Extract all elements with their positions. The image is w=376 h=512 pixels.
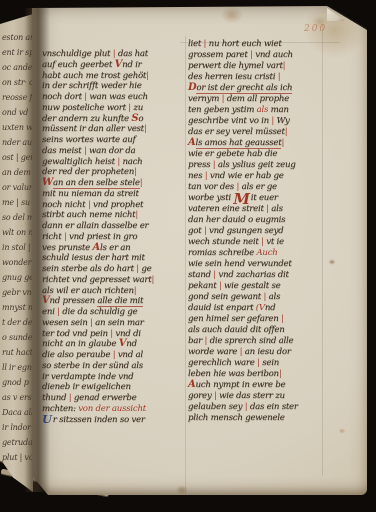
manuscript-line: mchten: von der aussicht [42,401,188,412]
previous-page-fragment: getruda d [2,435,33,450]
previous-page-fragment: oc ander [2,60,33,75]
previous-page-text: eston an hent ir sprioc anderon str· dar… [2,30,33,465]
manuscript-line: ves prunste Als er an [42,240,188,251]
manuscript-line: plich mensch gewenele [188,409,364,420]
manuscript-line: müssent ir dan aller vest| [42,121,188,132]
manuscript-line: nicht an in glaube Vnd [42,336,188,347]
manuscript-line: schuld iesus der hart mit [42,250,188,261]
manuscript-line: ten geben ystim als man [188,101,364,112]
manuscript-line: richt | vnd priest in gro [42,229,188,240]
manuscript-line: got | vnd gsungen seyd [188,222,364,233]
manuscript-line: nes | vnd wie er hab ge [188,167,364,178]
previous-page-fragment: so del ml [2,210,33,225]
manuscript-line: richtet vnd gepresset wart| [42,272,188,283]
previous-page-fragment: ir lndor [2,420,33,435]
photo-background: { "page": { "folio_number": "200", "desc… [0,0,376,512]
manuscript-line: Wan an den selbe stele| [42,175,188,186]
rubric-text: | [283,61,286,71]
folio-number: 200 [304,24,327,34]
manuscript-line: seins wortes warte auf [42,132,188,143]
manuscript-line: wie sein hend verwundet [188,255,364,266]
manuscript-line: worde ware | an iesu dor [188,343,364,354]
previous-page-fragment: rut hact || [2,345,33,360]
manuscript-line: tan vor des | als er ge [188,178,364,189]
manuscript-line: Auch nympt in ewre be [188,376,364,387]
rubric-text: | [140,178,143,188]
previous-page-fragment: ost | gemb [2,150,33,165]
manuscript-line: pekant | wie gestalt se [188,277,364,288]
manuscript-line: press | als yslius geit zeug [188,156,364,167]
text-column-left: vnschuldige plut | das hatauf euch geerb… [42,46,188,422]
manuscript-line: vateren eine streit | als [188,200,364,211]
previous-page-fragment: ent ir spri [2,45,33,60]
manuscript-line: in der schrifft weder hie [42,78,188,89]
previous-page-fragment: mnyst ni s [2,300,33,315]
manuscript-line: nuw posteliche wort | zu [42,100,188,111]
previous-page-fragment: plut | von d [2,450,33,465]
previous-page-fragment: as v erst f [2,390,33,405]
manuscript-line: stirbt auch neme nicht| [42,207,188,218]
manuscript-page: 200 vnschuldige plut | das hatauf euch g… [32,6,367,495]
manuscript-line: auf euch geerbet Vnd ir [42,57,188,68]
previous-page-fragment: ond vd [2,105,33,120]
manuscript-line: wesen sein | an sein mar [42,315,188,326]
manuscript-line: die also peraube | vnd al [42,347,188,358]
previous-page-fragment: in stol | n b [2,240,33,255]
manuscript-line: eni | die da schuldig ge [42,304,188,315]
rubric-text: | [146,71,149,81]
manuscript-line: dieneb ir ewigelichen [42,379,188,390]
manuscript-line: wech stunde neit | vt ie [188,233,364,244]
manuscript-line: das meist | wan dor da [42,143,188,154]
previous-page-fragment: o sunde isl [2,330,33,345]
previous-page-fragment: wonder h [2,255,33,270]
rubric-text: | [285,127,288,137]
manuscript-line: ter tod vnd pein | vnd di [42,326,188,337]
manuscript-line: des herren iesu cristi | [188,68,364,79]
manuscript-line: mit nu nieman da streit [42,186,188,197]
previous-page-fragment: me | su ni [2,195,33,210]
manuscript-line: noch nicht | vnd prophet [42,197,188,208]
manuscript-line: worbe ysti Mit euer [188,189,364,200]
manuscript-line: als auch dauid dit offen [188,321,364,332]
ink-text: plich mensch gewenele [188,413,285,423]
manuscript-line: gewaltiglich heist | nach [42,154,188,165]
previous-page-edge: eston an hent ir sprioc anderon str· dar… [0,14,33,492]
manuscript-line: Als amos hat geausset| [188,134,364,145]
manuscript-line: habt auch me trost gehöt| [42,68,188,79]
manuscript-line: liet | nu hort euch wiet [188,35,364,46]
rubric-text: | [144,124,147,134]
previous-page-fragment: on str· da [2,75,33,90]
previous-page-fragment: ll ir egniz [2,360,33,375]
manuscript-line: noch dort | wan was euch [42,89,188,100]
manuscript-line: sein sterbe als do hart | ge [42,261,188,272]
manuscript-line: romias schreibe Auch [188,244,364,255]
manuscript-line: wie er gebete hab die [188,145,364,156]
manuscript-line: grossem paret | vnd auch [188,46,364,57]
manuscript-line: thund | genad erwerbe [42,390,188,401]
manuscript-line: leben hie was beribon| [188,365,364,376]
manuscript-line: perwert die hymel vart| [188,57,364,68]
previous-page-fragment: gnod p [2,375,33,390]
rubric-text: | [151,275,154,285]
ink-text: r sitzssen inden so ver [53,415,145,425]
manuscript-line: gerechlich ware | sein [188,354,364,365]
manuscript-line: bar | die sprerch sind alle [188,332,364,343]
manuscript-line: vnschuldige plut | das hat [42,46,188,57]
previous-page-fragment: an dem la [2,165,33,180]
previous-page-fragment: eston an h [2,30,33,45]
previous-page-fragment: Daca all [2,405,33,420]
previous-page-fragment: or valund [2,180,33,195]
manuscript-line: der red der propheten| [42,164,188,175]
rubric-text: | [281,138,284,148]
manuscript-line: so sterbe in der sünd als [42,358,188,369]
manuscript-line: Ur sitzssen inden so ver [42,412,188,423]
blue-initial: U [42,412,52,426]
previous-page-fragment: nder au [2,135,33,150]
manuscript-line: gorey | wie das sterr zu [188,387,364,398]
manuscript-line: ir verdampte inde vnd [42,369,188,380]
previous-page-fragment: reosse fro [2,90,33,105]
manuscript-line: Dor ist der grecht als ich [188,79,364,90]
manuscript-line: geschribe vint vo in | Wy [188,112,364,123]
previous-page-fragment: gnug geb [2,270,33,285]
manuscript-line: das er sey verel müsset| [188,123,364,134]
previous-page-fragment: uxten w [2,120,33,135]
manuscript-line: dann er allain dasselbe er [42,218,188,229]
manuscript-line: gelauben sey | das ein ster [188,398,364,409]
previous-page-fragment: wlt on m [2,225,33,240]
manuscript-line: dan her dauid o eugmis [188,211,364,222]
manuscript-line: vernym | dem all prophe [188,90,364,101]
previous-page-fragment: gebr vnd [2,285,33,300]
manuscript-line: als wil er auch richten| [42,283,188,294]
previous-page-fragment: t der de h [2,315,33,330]
manuscript-line: gen himel ser gefaren | [188,310,364,321]
manuscript-line: stand | vnd zacharias dit [188,266,364,277]
manuscript-line: der andern zu kunfte So [42,111,188,122]
text-column-right: liet | nu hort euch wietgrossem paret | … [188,35,364,420]
manuscript-line: Vnd pressen alle die mit [42,293,188,304]
manuscript-line: gond sein gewant | als [188,288,364,299]
